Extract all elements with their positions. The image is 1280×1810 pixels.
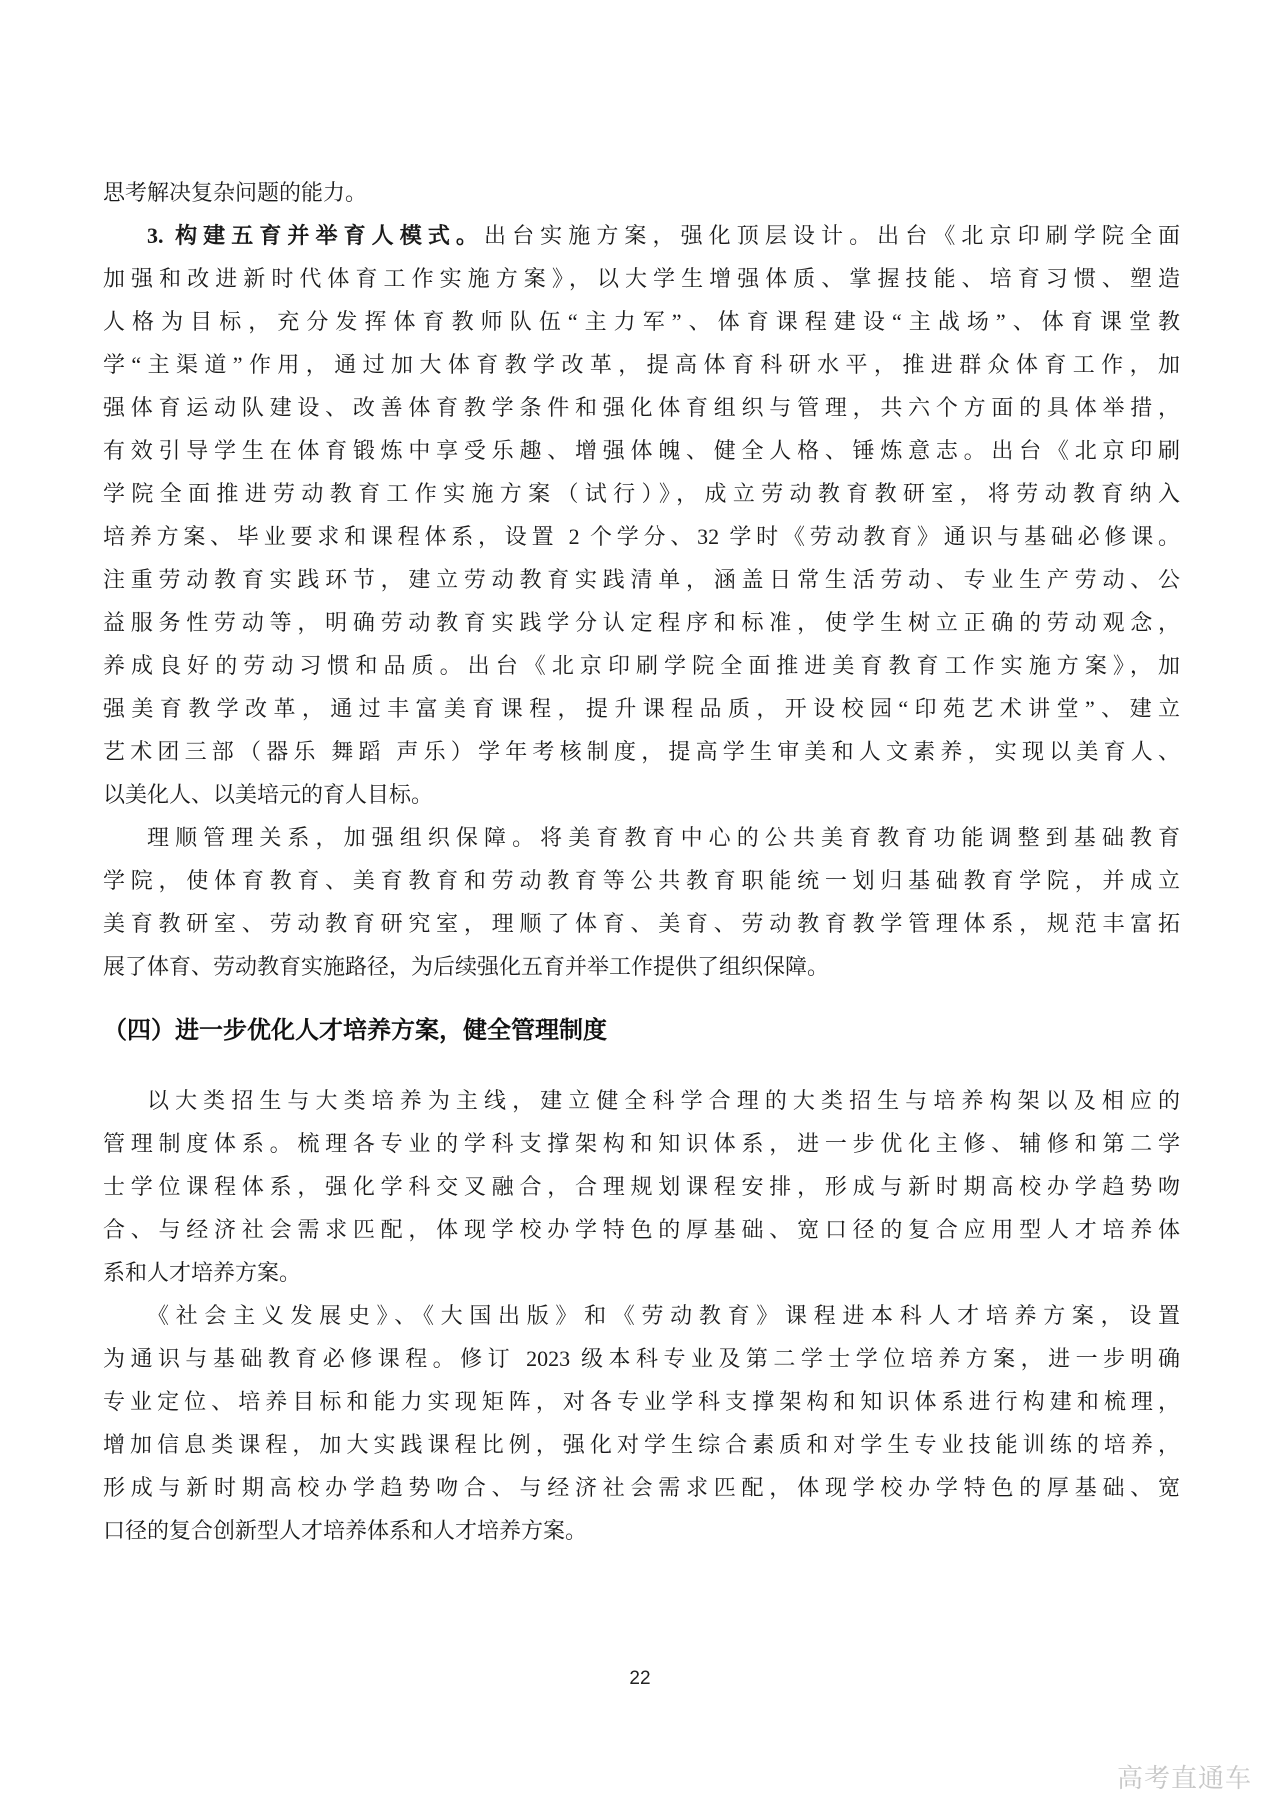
- text-line: 以美化人、以美培元的育人目标。: [103, 773, 1180, 816]
- text-run: 艺术团三部（器乐 舞蹈 声乐）学年考核制度，提高学生审美和人文素养，实现以美育人…: [103, 739, 1180, 764]
- text-line: 学“主渠道”作用，通过加大体育教学改革，提高体育科研水平，推进群众体育工作，加: [103, 343, 1180, 386]
- text-line: 美育教研室、劳动教育研究室，理顺了体育、美育、劳动教育教学管理体系，规范丰富拓: [103, 902, 1180, 945]
- text-run: 《社会主义发展史》、《大国出版》和《劳动教育》课程进本科人才培养方案，设置: [147, 1303, 1180, 1328]
- text-run: 增加信息类课程，加大实践课程比例，强化对学生综合素质和对学生专业技能训练的培养，: [103, 1432, 1180, 1457]
- text-line: 为通识与基础教育必修课程。修订 2023 级本科专业及第二学士学位培养方案，进一…: [103, 1337, 1180, 1380]
- text-run: 益服务性劳动等，明确劳动教育实践学分认定程序和标准，使学生树立正确的劳动观念，: [103, 610, 1180, 635]
- text-line: 展了体育、劳动教育实施路径，为后续强化五育并举工作提供了组织保障。: [103, 945, 1180, 988]
- text-line: 士学位课程体系，强化学科交叉融合，合理规划课程安排，形成与新时期高校办学趋势吻: [103, 1165, 1180, 1208]
- text-run: 专业定位、培养目标和能力实现矩阵，对各专业学科支撑架构和知识体系进行构建和梳理，: [103, 1389, 1180, 1414]
- text-line: 口径的复合创新型人才培养体系和人才培养方案。: [103, 1509, 1180, 1552]
- text-run: 学院全面推进劳动教育工作实施方案（试行）》，成立劳动教育教研室，将劳动教育纳入: [103, 481, 1180, 506]
- document-body: 思考解决复杂问题的能力。3. 构建五育并举育人模式。出台实施方案，强化顶层设计。…: [103, 171, 1180, 1552]
- text-line: 学院，使体育教育、美育教育和劳动教育等公共教育职能统一划归基础教育学院，并成立: [103, 859, 1180, 902]
- text-line: 加强和改进新时代体育工作实施方案》，以大学生增强体质、掌握技能、培育习惯、塑造: [103, 257, 1180, 300]
- text-run: 以美化人、以美培元的育人目标。: [103, 782, 433, 807]
- text-line: 强体育运动队建设、改善体育教学条件和强化体育组织与管理，共六个方面的具体举措，: [103, 386, 1180, 429]
- text-run: 思考解决复杂问题的能力。: [103, 180, 367, 205]
- text-run: 系和人才培养方案。: [103, 1260, 301, 1285]
- page-number: 22: [0, 1668, 1280, 1690]
- text-line: 注重劳动教育实践环节，建立劳动教育实践清单，涵盖日常生活劳动、专业生产劳动、公: [103, 558, 1180, 601]
- text-run: 口径的复合创新型人才培养体系和人才培养方案。: [103, 1518, 587, 1543]
- text-line: 增加信息类课程，加大实践课程比例，强化对学生综合素质和对学生专业技能训练的培养，: [103, 1423, 1180, 1466]
- text-run: 形成与新时期高校办学趋势吻合、与经济社会需求匹配，体现学校办学特色的厚基础、宽: [103, 1475, 1180, 1500]
- text-line: 合、与经济社会需求匹配，体现学校办学特色的厚基础、宽口径的复合应用型人才培养体: [103, 1208, 1180, 1251]
- text-line: 益服务性劳动等，明确劳动教育实践学分认定程序和标准，使学生树立正确的劳动观念，: [103, 601, 1180, 644]
- text-line: 形成与新时期高校办学趋势吻合、与经济社会需求匹配，体现学校办学特色的厚基础、宽: [103, 1466, 1180, 1509]
- text-line: 养成良好的劳动习惯和品质。出台《北京印刷学院全面推进美育教育工作实施方案》，加: [103, 644, 1180, 687]
- text-run: 强美育教学改革，通过丰富美育课程，提升课程品质，开设校园“印苑艺术讲堂”、建立: [103, 696, 1180, 721]
- text-line: 管理制度体系。梳理各专业的学科支撑架构和知识体系，进一步优化主修、辅修和第二学: [103, 1122, 1180, 1165]
- text-line: 理顺管理关系，加强组织保障。将美育教育中心的公共美育教育功能调整到基础教育: [103, 816, 1180, 859]
- text-run: 以大类招生与大类培养为主线，建立健全科学合理的大类招生与培养构架以及相应的: [147, 1088, 1180, 1113]
- document-page: 思考解决复杂问题的能力。3. 构建五育并举育人模式。出台实施方案，强化顶层设计。…: [0, 0, 1280, 1810]
- text-run: 出台实施方案，强化顶层设计。出台《北京印刷学院全面: [484, 223, 1180, 248]
- text-run: 人格为目标，充分发挥体育教师队伍“主力军”、体育课程建设“主战场”、体育课堂教: [103, 309, 1180, 334]
- text-run: 展了体育、劳动教育实施路径，为后续强化五育并举工作提供了组织保障。: [103, 954, 829, 979]
- text-line: 培养方案、毕业要求和课程体系，设置 2 个学分、32 学时《劳动教育》通识与基础…: [103, 515, 1180, 558]
- text-line: 学院全面推进劳动教育工作实施方案（试行）》，成立劳动教育教研室，将劳动教育纳入: [103, 472, 1180, 515]
- text-run: 学“主渠道”作用，通过加大体育教学改革，提高体育科研水平，推进群众体育工作，加: [103, 352, 1180, 377]
- text-line: 3. 构建五育并举育人模式。出台实施方案，强化顶层设计。出台《北京印刷学院全面: [103, 214, 1180, 257]
- text-run: 管理制度体系。梳理各专业的学科支撑架构和知识体系，进一步优化主修、辅修和第二学: [103, 1131, 1180, 1156]
- text-line: 《社会主义发展史》、《大国出版》和《劳动教育》课程进本科人才培养方案，设置: [103, 1294, 1180, 1337]
- section-heading: （四）进一步优化人才培养方案，健全管理制度: [103, 1009, 1180, 1052]
- text-run: 为通识与基础教育必修课程。修订 2023 级本科专业及第二学士学位培养方案，进一…: [103, 1346, 1180, 1371]
- text-run: 养成良好的劳动习惯和品质。出台《北京印刷学院全面推进美育教育工作实施方案》，加: [103, 653, 1180, 678]
- text-line: 以大类招生与大类培养为主线，建立健全科学合理的大类招生与培养构架以及相应的: [103, 1079, 1180, 1122]
- text-line: 系和人才培养方案。: [103, 1251, 1180, 1294]
- text-line: 有效引导学生在体育锻炼中享受乐趣、增强体魄、健全人格、锤炼意志。出台《北京印刷: [103, 429, 1180, 472]
- text-run: 加强和改进新时代体育工作实施方案》，以大学生增强体质、掌握技能、培育习惯、塑造: [103, 266, 1180, 291]
- text-run: 学院，使体育教育、美育教育和劳动教育等公共教育职能统一划归基础教育学院，并成立: [103, 868, 1180, 893]
- text-run: 理顺管理关系，加强组织保障。将美育教育中心的公共美育教育功能调整到基础教育: [147, 825, 1180, 850]
- text-run: 强体育运动队建设、改善体育教学条件和强化体育组织与管理，共六个方面的具体举措，: [103, 395, 1180, 420]
- text-line: 思考解决复杂问题的能力。: [103, 171, 1180, 214]
- text-line: 艺术团三部（器乐 舞蹈 声乐）学年考核制度，提高学生审美和人文素养，实现以美育人…: [103, 730, 1180, 773]
- text-run: 士学位课程体系，强化学科交叉融合，合理规划课程安排，形成与新时期高校办学趋势吻: [103, 1174, 1180, 1199]
- text-line: 专业定位、培养目标和能力实现矩阵，对各专业学科支撑架构和知识体系进行构建和梳理，: [103, 1380, 1180, 1423]
- text-run: 合、与经济社会需求匹配，体现学校办学特色的厚基础、宽口径的复合应用型人才培养体: [103, 1217, 1180, 1242]
- watermark: 高考直通车: [1117, 1758, 1252, 1795]
- bold-text-run: 3. 构建五育并举育人模式。: [147, 223, 484, 248]
- text-run: 美育教研室、劳动教育研究室，理顺了体育、美育、劳动教育教学管理体系，规范丰富拓: [103, 911, 1180, 936]
- text-run: 有效引导学生在体育锻炼中享受乐趣、增强体魄、健全人格、锤炼意志。出台《北京印刷: [103, 438, 1180, 463]
- text-line: 强美育教学改革，通过丰富美育课程，提升课程品质，开设校园“印苑艺术讲堂”、建立: [103, 687, 1180, 730]
- text-line: 人格为目标，充分发挥体育教师队伍“主力军”、体育课程建设“主战场”、体育课堂教: [103, 300, 1180, 343]
- text-run: 注重劳动教育实践环节，建立劳动教育实践清单，涵盖日常生活劳动、专业生产劳动、公: [103, 567, 1180, 592]
- text-run: 培养方案、毕业要求和课程体系，设置 2 个学分、32 学时《劳动教育》通识与基础…: [103, 524, 1180, 549]
